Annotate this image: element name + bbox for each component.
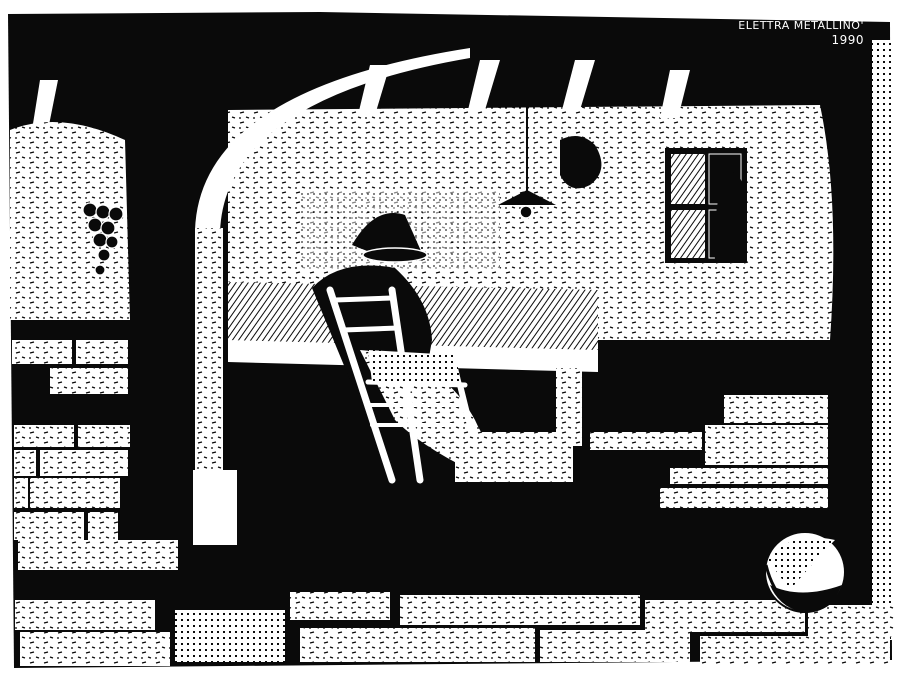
artist-signature: ELETTRA METALLINO' 1990 [738,18,864,48]
window [665,148,747,263]
woodcut-artwork [0,0,900,674]
left-opening [10,122,130,320]
artist-name: ELETTRA METALLINO' [738,18,864,33]
artwork-year: 1990 [738,33,864,48]
ball [765,532,845,612]
edge-texture [872,40,892,640]
